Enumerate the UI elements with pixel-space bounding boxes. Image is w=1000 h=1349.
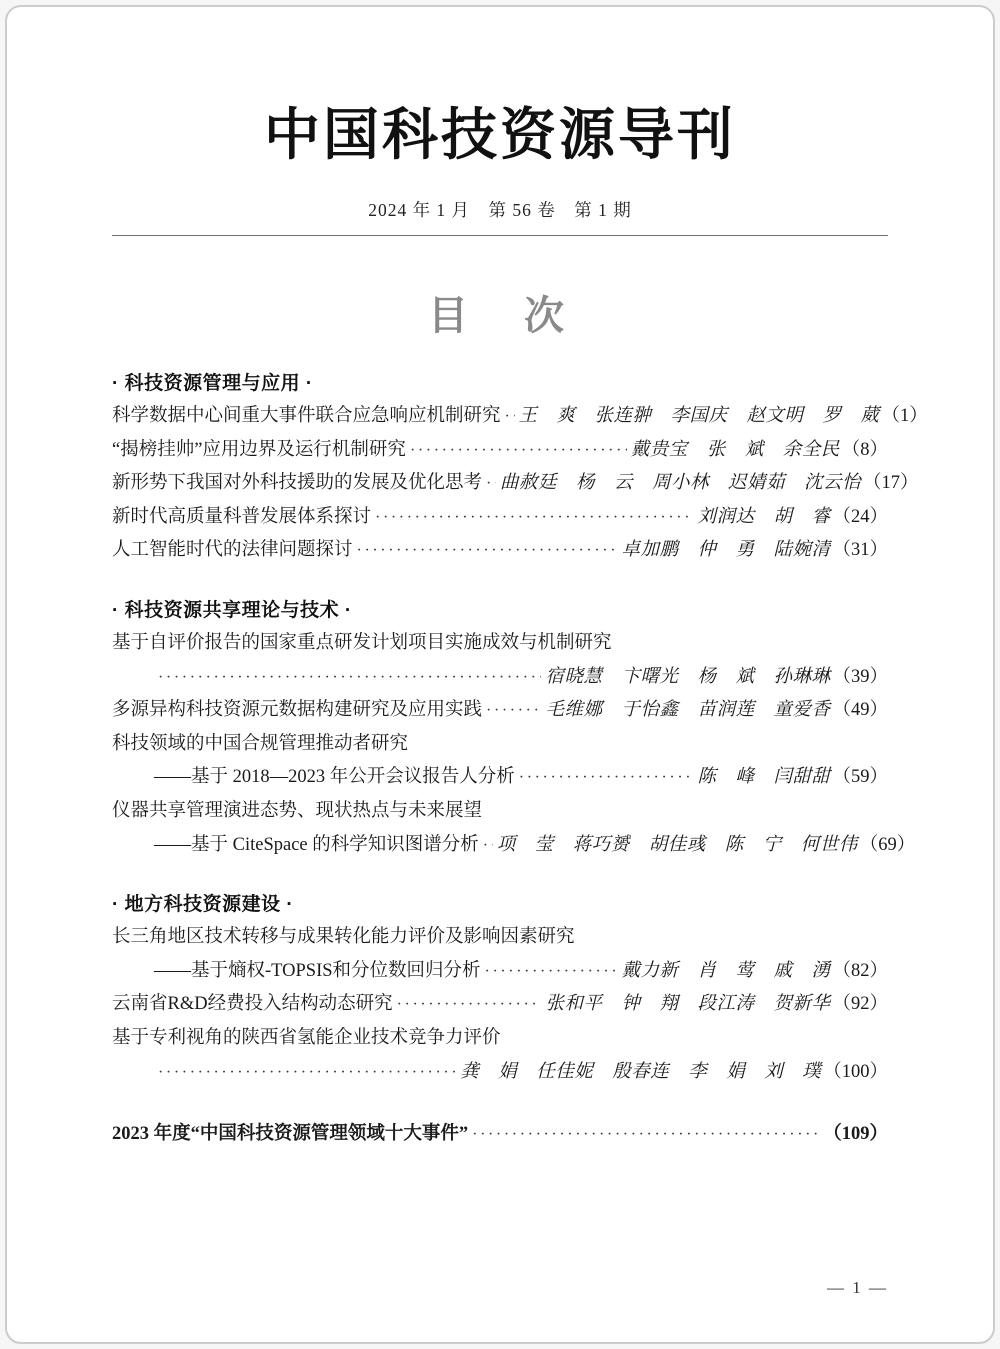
entry-page: （17） bbox=[863, 467, 919, 501]
dot-leader: ········································… bbox=[486, 467, 496, 501]
entry-authors: 毛维娜 于怡鑫 苗润莲 童爱香 bbox=[545, 694, 830, 728]
toc-entry-line: 仪器共享管理演进态势、现状热点与未来展望 bbox=[112, 795, 888, 829]
journal-title: 中国科技资源导刊 bbox=[112, 91, 888, 171]
toc-sections: · 科技资源管理与应用 ·科学数据中心间重大事件联合应急响应机制研究······… bbox=[112, 368, 888, 1089]
section-heading: · 科技资源共享理论与技术 · bbox=[112, 595, 888, 622]
entry-title: 长三角地区技术转移与成果转化能力评价及影响因素研究 bbox=[112, 921, 575, 955]
entry-title: ——基于熵权-TOPSIS和分位数回归分析 bbox=[154, 955, 481, 989]
entry-title: 仪器共享管理演进态势、现状热点与未来展望 bbox=[112, 795, 482, 829]
entry-title: 多源异构科技资源元数据构建研究及应用实践 bbox=[112, 694, 482, 728]
entry-title: “揭榜挂帅”应用边界及运行机制研究 bbox=[112, 434, 406, 468]
toc-entry-line: “揭榜挂帅”应用边界及运行机制研究·······················… bbox=[112, 434, 888, 468]
dot-leader: ········································… bbox=[410, 434, 627, 468]
toc-entry-line: 科技领域的中国合规管理推动者研究 bbox=[112, 728, 888, 762]
footer-entry-page: （109） bbox=[823, 1118, 888, 1152]
entry-page: （100） bbox=[823, 1056, 888, 1090]
toc-entry-line: 科学数据中心间重大事件联合应急响应机制研究···················… bbox=[112, 400, 888, 434]
toc-entry-line: ——基于 2018—2023 年公开会议报告人分析···············… bbox=[112, 761, 888, 795]
entry-authors: 刘润达 胡 睿 bbox=[697, 501, 830, 535]
toc-entry-line: ——基于 CiteSpace 的科学知识图谱分析················… bbox=[112, 829, 888, 863]
toc-entry-line: ········································… bbox=[112, 1056, 888, 1090]
entry-authors: 戴力新 肖 莺 戚 湧 bbox=[621, 955, 830, 989]
entry-authors: 龚 娟 任佳妮 殷春连 李 娟 刘 璞 bbox=[460, 1056, 821, 1090]
issue-line: 2024 年 1 月 第 56 卷 第 1 期 bbox=[112, 197, 888, 222]
entry-title: 基于专利视角的陕西省氢能企业技术竞争力评价 bbox=[112, 1022, 501, 1056]
entry-authors: 曲赦廷 杨 云 周小林 迟婧茹 沈云怡 bbox=[500, 467, 861, 501]
toc-entry-line: 云南省R&D经费投入结构动态研究························… bbox=[112, 988, 888, 1022]
footer-entry-title: 2023 年度“中国科技资源管理领域十大事件” bbox=[112, 1118, 468, 1152]
page-number: — 1 — bbox=[827, 1278, 888, 1298]
entry-authors: 王 爽 张连翀 李国庆 赵文明 罗 葳 bbox=[519, 400, 880, 434]
dot-leader: ········································… bbox=[483, 829, 493, 863]
section-heading: · 地方科技资源建设 · bbox=[112, 889, 888, 916]
entry-title: 科技领域的中国合规管理推动者研究 bbox=[112, 728, 408, 762]
toc-entry-line: 基于自评价报告的国家重点研发计划项目实施成效与机制研究 bbox=[112, 627, 888, 661]
entry-page: （69） bbox=[860, 829, 916, 863]
entry-page: （39） bbox=[832, 661, 888, 695]
entry-page: （24） bbox=[832, 501, 888, 535]
toc-entry-line: 新时代高质量科普发展体系探讨··························… bbox=[112, 501, 888, 535]
entry-authors: 宿晓慧 卞曙光 杨 斌 孙琳琳 bbox=[545, 661, 830, 695]
header-rule bbox=[112, 235, 888, 236]
entry-title: ——基于 CiteSpace 的科学知识图谱分析 bbox=[154, 829, 479, 863]
entry-authors: 卓加鹏 仲 勇 陆婉清 bbox=[621, 534, 830, 568]
footer-entry: 2023 年度“中国科技资源管理领域十大事件” ················… bbox=[112, 1118, 888, 1152]
entry-authors: 项 莹 蒋巧赟 胡佳彧 陈 宁 何世伟 bbox=[497, 829, 858, 863]
toc-entry-line: 人工智能时代的法律问题探讨···························… bbox=[112, 534, 888, 568]
section-heading: · 科技资源管理与应用 · bbox=[112, 368, 888, 395]
entry-title: 基于自评价报告的国家重点研发计划项目实施成效与机制研究 bbox=[112, 627, 612, 661]
entry-title: 新形势下我国对外科技援助的发展及优化思考 bbox=[112, 467, 482, 501]
dot-leader: ········································… bbox=[505, 400, 515, 434]
page-content: 中国科技资源导刊 2024 年 1 月 第 56 卷 第 1 期 目 次 · 科… bbox=[7, 91, 993, 1152]
dot-leader: ········································… bbox=[357, 534, 618, 568]
toc-entry-line: 基于专利视角的陕西省氢能企业技术竞争力评价 bbox=[112, 1022, 888, 1056]
dot-leader: ········································… bbox=[519, 761, 694, 795]
entry-title: 人工智能时代的法律问题探讨 bbox=[112, 534, 353, 568]
entry-authors: 陈 峰 闫甜甜 bbox=[697, 761, 830, 795]
dot-leader: ········································… bbox=[486, 694, 541, 728]
dot-leader: ········································… bbox=[158, 1056, 456, 1090]
entry-page: （59） bbox=[832, 761, 888, 795]
entry-title: ——基于 2018—2023 年公开会议报告人分析 bbox=[154, 761, 515, 795]
dot-leader: ········································… bbox=[472, 1118, 819, 1152]
entry-page: （82） bbox=[832, 955, 888, 989]
entry-page: （1） bbox=[882, 400, 928, 434]
toc-entry-line: 多源异构科技资源元数据构建研究及应用实践····················… bbox=[112, 694, 888, 728]
entry-page: （31） bbox=[832, 534, 888, 568]
dot-leader: ········································… bbox=[485, 955, 618, 989]
toc-entry-line: 新形势下我国对外科技援助的发展及优化思考····················… bbox=[112, 467, 888, 501]
entry-authors: 张和平 钟 翔 段江涛 贺新华 bbox=[545, 988, 830, 1022]
toc-entry-line: 长三角地区技术转移与成果转化能力评价及影响因素研究 bbox=[112, 921, 888, 955]
dot-leader: ········································… bbox=[397, 988, 542, 1022]
entry-page: （92） bbox=[832, 988, 888, 1022]
dot-leader: ········································… bbox=[375, 501, 693, 535]
toc-entry-line: ——基于熵权-TOPSIS和分位数回归分析···················… bbox=[112, 955, 888, 989]
entry-title: 云南省R&D经费投入结构动态研究 bbox=[112, 988, 393, 1022]
toc-entry-line: ········································… bbox=[112, 661, 888, 695]
dot-leader: ········································… bbox=[158, 661, 541, 695]
entry-title: 科学数据中心间重大事件联合应急响应机制研究 bbox=[112, 400, 501, 434]
journal-toc-page: 中国科技资源导刊 2024 年 1 月 第 56 卷 第 1 期 目 次 · 科… bbox=[5, 5, 995, 1344]
toc-heading: 目 次 bbox=[112, 284, 888, 341]
entry-page: （8） bbox=[842, 434, 888, 468]
entry-authors: 戴贵宝 张 斌 余全民 bbox=[631, 434, 840, 468]
entry-page: （49） bbox=[832, 694, 888, 728]
entry-title: 新时代高质量科普发展体系探讨 bbox=[112, 501, 371, 535]
